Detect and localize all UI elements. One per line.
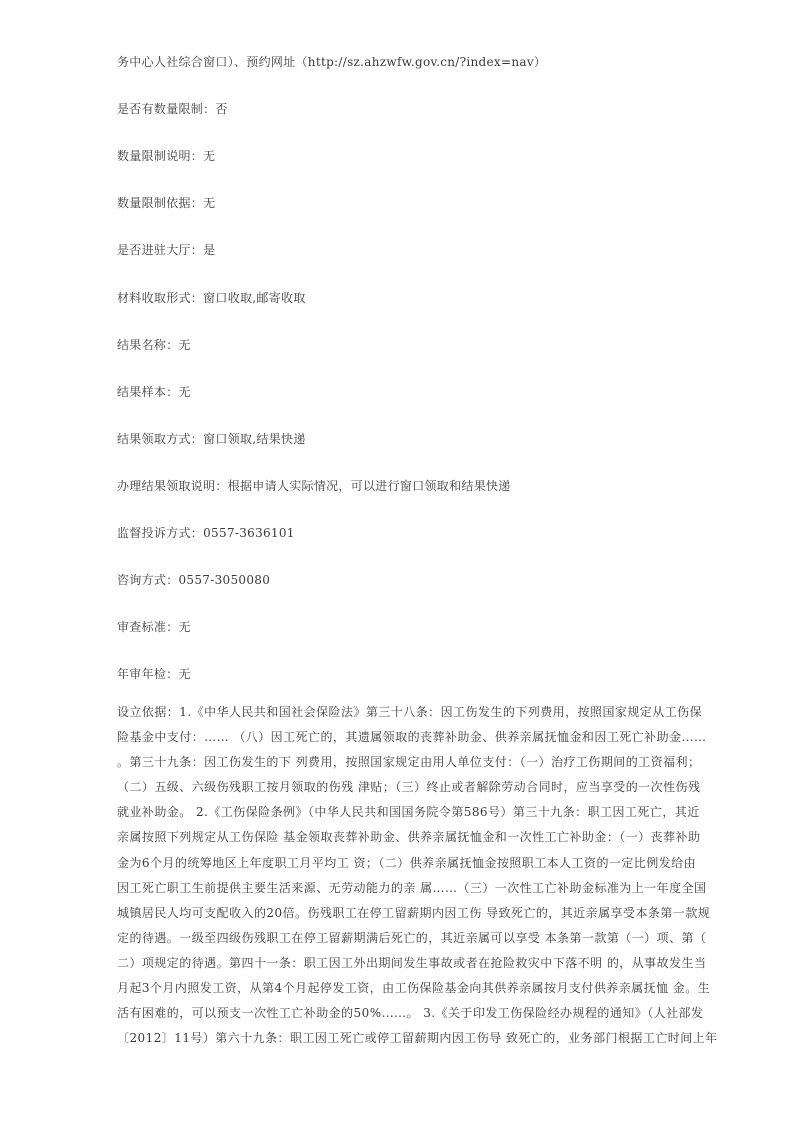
paragraph-line: 险基金中支付：…… （八）因工死亡的，其遗属领取的丧葬补助金、供养亲属抚恤金和因… [117, 725, 692, 750]
paragraph-line: 活有困难的，可以预支一次性工亡补助金的50%……。 3.《关于印发工伤保险经办规… [117, 1001, 692, 1026]
field-result-pickup-method: 结果领取方式：窗口领取,结果快递 [117, 431, 306, 447]
legal-basis-paragraph: 设立依据：1.《中华人民共和国社会保险法》第三十八条：因工伤发生的下列费用，按照… [117, 700, 692, 1051]
paragraph-line: 月起3个月内照发工资，从第4个月起停发工资，由工伤保险基金向其供养亲属按月支付供… [117, 976, 692, 1001]
field-quantity-limit-basis: 数量限制依据：无 [117, 195, 215, 211]
field-service-center-address: 务中心人社综合窗口）、预约网址（http://sz.ahzwfw.gov.cn/… [117, 54, 546, 70]
paragraph-line: 亲属按照下列规定从工伤保险 基金领取丧葬补助金、供养亲属抚恤金和一次性工亡补助金… [117, 825, 692, 850]
field-in-service-hall: 是否进驻大厅：是 [117, 242, 215, 258]
field-review-standard: 审查标准：无 [117, 619, 191, 635]
paragraph-line: 定的待遇。一级至四级伤残职工在停工留薪期满后死亡的，其近亲属可以享受 本条第一款… [117, 926, 692, 951]
paragraph-line: （二）五级、六级伤残职工按月领取的伤残 津贴；（三）终止或者解除劳动合同时，应当… [117, 775, 692, 800]
paragraph-line: 因工死亡职工生前提供主要生活来源、无劳动能力的亲 属……（三）一次性工亡补助金标… [117, 876, 692, 901]
paragraph-line: 。第三十九条：因工伤发生的下 列费用，按照国家规定由用人单位支付：（一）治疗工伤… [117, 750, 692, 775]
field-inquiry-contact: 咨询方式：0557-3050080 [117, 572, 270, 588]
field-quantity-limit: 是否有数量限制：否 [117, 101, 228, 117]
field-material-collection-form: 材料收取形式：窗口收取,邮寄收取 [117, 290, 306, 306]
field-result-sample: 结果样本：无 [117, 384, 191, 400]
field-complaint-contact: 监督投诉方式：0557-3636101 [117, 525, 295, 541]
field-result-name: 结果名称：无 [117, 337, 191, 353]
paragraph-line: 〔2012〕11号）第六十九条：职工因工死亡或停工留薪期内因工伤导 致死亡的，业… [117, 1026, 692, 1051]
field-result-pickup-description: 办理结果领取说明：根据申请人实际情况，可以进行窗口领取和结果快递 [117, 478, 511, 494]
field-annual-inspection: 年审年检：无 [117, 666, 191, 682]
paragraph-line: 城镇居民人均可支配收入的20倍。伤残职工在停工留薪期内因工伤 导致死亡的，其近亲… [117, 901, 692, 926]
field-quantity-limit-description: 数量限制说明：无 [117, 148, 215, 164]
paragraph-line: 设立依据：1.《中华人民共和国社会保险法》第三十八条：因工伤发生的下列费用，按照… [117, 700, 692, 725]
paragraph-line: 就业补助金。 2.《工伤保险条例》（中华人民共和国国务院令第586号）第三十九条… [117, 800, 692, 825]
paragraph-line: 二）项规定的待遇。第四十一条：职工因工外出期间发生事故或者在抢险救灾中下落不明 … [117, 951, 692, 976]
document-page: 务中心人社综合窗口）、预约网址（http://sz.ahzwfw.gov.cn/… [0, 0, 793, 1122]
paragraph-line: 金为6个月的统筹地区上年度职工月平均工 资；（二）供养亲属抚恤金按照职工本人工资… [117, 851, 692, 876]
